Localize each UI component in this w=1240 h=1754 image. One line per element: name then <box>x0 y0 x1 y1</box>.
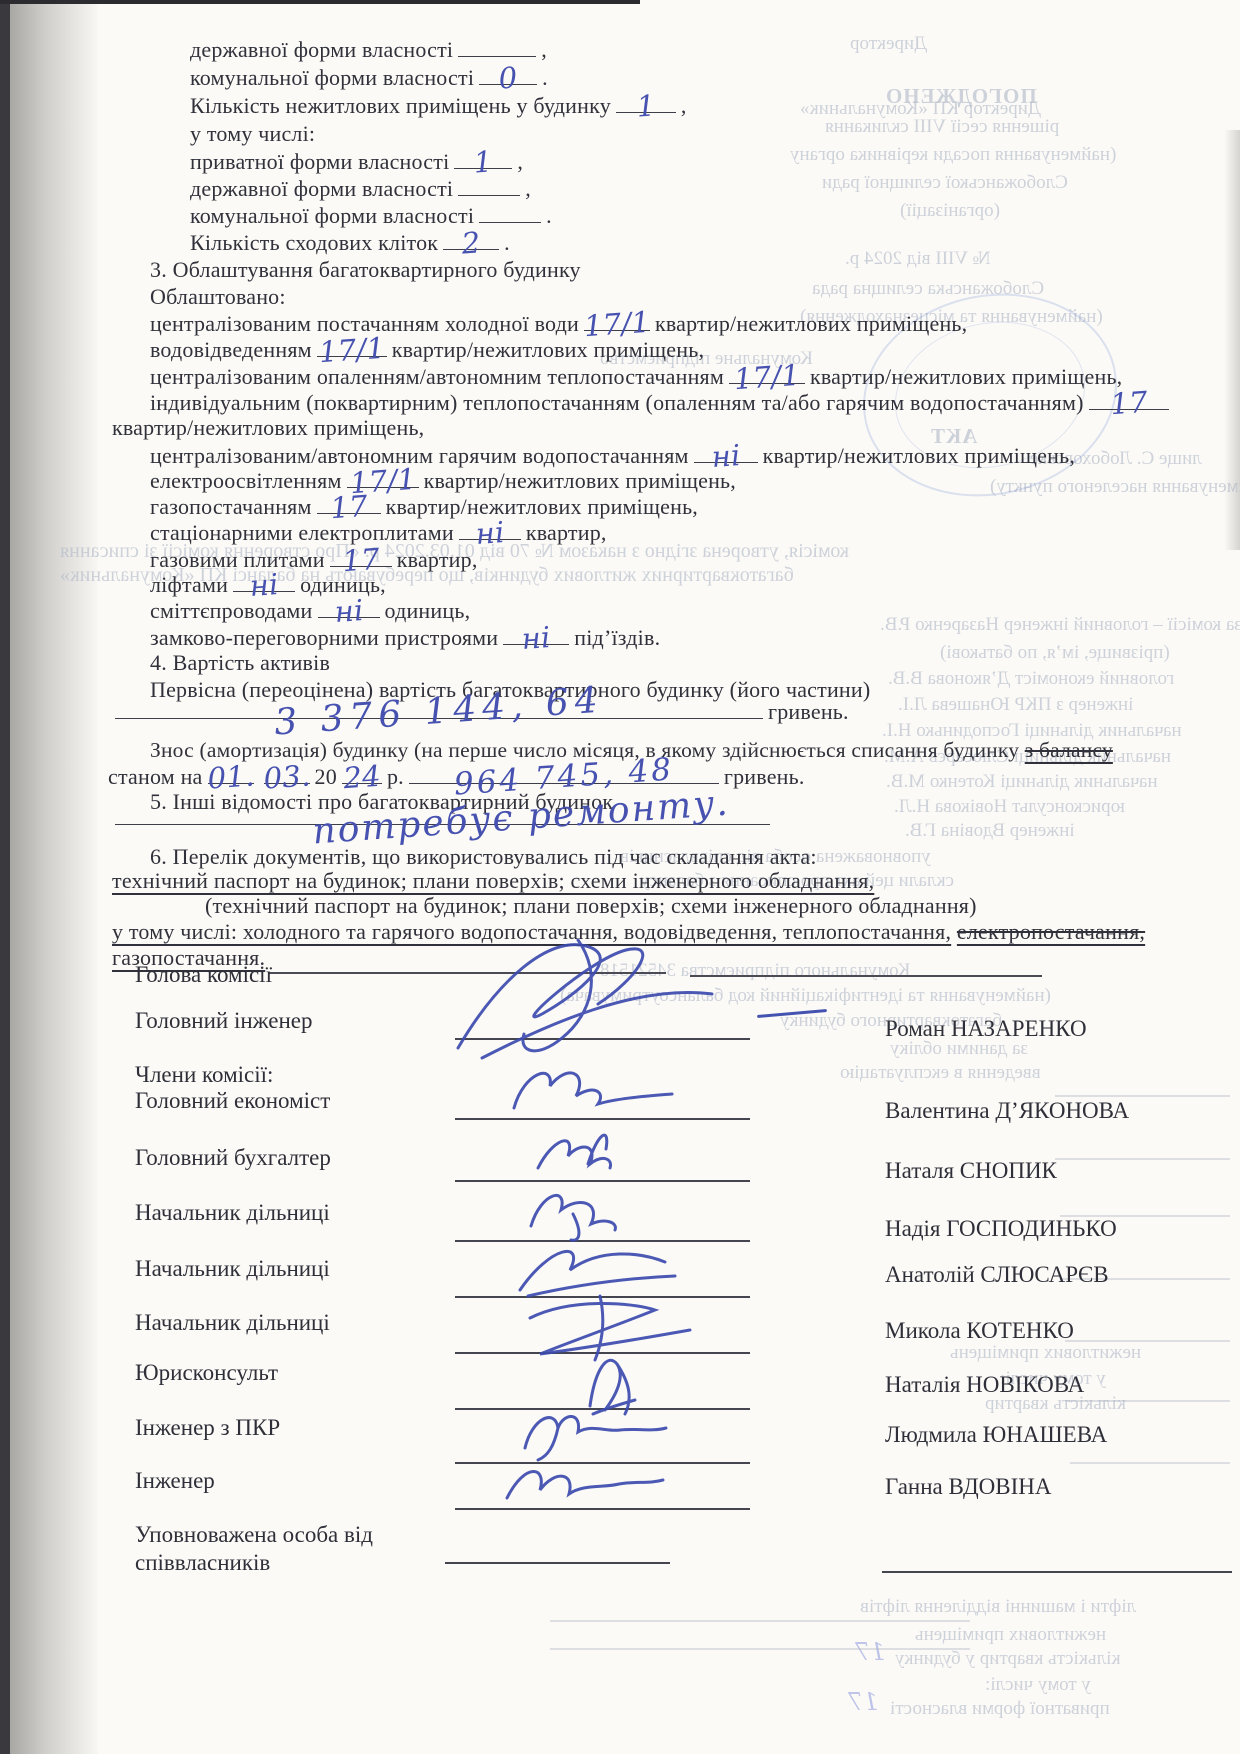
handwritten-value: ні <box>710 443 740 469</box>
form-text: ліфтами <box>150 572 228 597</box>
blank-field: 01. <box>208 765 254 784</box>
form-text: квартир/нежитлових приміщень, <box>763 443 1075 468</box>
signature <box>430 922 730 1067</box>
form-line: замково-переговорними пристрояминіпід’їз… <box>150 626 660 650</box>
form-line: водовідведенням17/1квартир/нежитлових пр… <box>150 338 704 362</box>
signature <box>520 1116 670 1182</box>
form-line: Облаштовано: <box>150 285 286 309</box>
form-text: газовими плитами <box>150 547 325 572</box>
bleedthrough-line <box>1065 1340 1230 1342</box>
other-info-line: потребує ремонту. <box>110 806 775 830</box>
handwritten-value: ні <box>333 598 363 624</box>
blank-field <box>479 204 541 223</box>
scan-edge-gradient <box>10 0 98 1754</box>
form-text: гривень. <box>724 764 805 789</box>
bleedthrough-line <box>1070 1462 1230 1464</box>
bleedthrough-text: (організації) <box>900 200 1000 222</box>
blank-field: ні <box>694 444 758 463</box>
form-line: стаціонарними електроплитаминіквартир, <box>150 521 607 545</box>
form-text: . <box>546 203 552 228</box>
signer-role: Начальник дільниці <box>135 1310 330 1336</box>
blank-field: ні <box>503 626 569 645</box>
bleedthrough-text: головний економіст Д’яконова В.В. <box>888 668 1174 690</box>
form-text: квартир/нежитлових приміщень, <box>112 415 424 440</box>
form-text: Кількість сходових кліток <box>190 230 438 255</box>
bleedthrough-text: начальник дільниці Котенко М.В. <box>886 771 1158 793</box>
form-text: . <box>504 230 510 255</box>
form-text: квартир/нежитлових приміщень, <box>386 494 698 519</box>
bleedthrough-line <box>1065 1400 1230 1402</box>
form-line: технічний паспорт на будинок; плани пове… <box>112 869 874 893</box>
bleedthrough-text: ПОГОДЖЕНО <box>885 84 1037 109</box>
handwritten-value: 1 <box>473 149 493 174</box>
blank-line <box>690 975 1042 977</box>
handwritten-value: 0 <box>498 65 518 90</box>
form-text: квартир/нежитлових приміщень, <box>810 364 1122 389</box>
form-text: централізованим опаленням/автономним теп… <box>150 364 724 389</box>
handwritten-value: 17/1 <box>733 363 800 392</box>
blank-field: ні <box>318 599 380 618</box>
form-text: електроосвітленням <box>150 468 342 493</box>
blank-field: 0 <box>479 66 537 85</box>
blank-field: потребує ремонту. <box>115 806 770 825</box>
signer-role: Юрисконсульт <box>135 1360 278 1386</box>
form-line: державної форми власності, <box>190 38 547 62</box>
signer-name: Роман НАЗАРЕНКО <box>885 1016 1087 1042</box>
form-line: газопостачанням17квартир/нежитлових прим… <box>150 495 698 519</box>
form-line: (технічний паспорт на будинок; плани пов… <box>205 894 977 918</box>
bleedthrough-text: кількість квартир у будинку <box>895 1648 1121 1670</box>
form-line: сміттєпроводаминіодиниць, <box>150 599 470 623</box>
signer-role: співвласників <box>135 1550 270 1576</box>
handwritten-value: ні <box>249 572 279 598</box>
signer-role: Інженер з ПКР <box>135 1415 280 1441</box>
form-text: , <box>525 176 531 201</box>
bleedthrough-text: введення в експлуатацію <box>840 1062 1041 1084</box>
signer-role: Інженер <box>135 1468 215 1494</box>
blank-field: 964 745, 48 <box>409 765 719 784</box>
signer-name: Ганна ВДОВІНА <box>885 1474 1052 1500</box>
bleedthrough-text: рішення сесії VIII скликання <box>825 116 1059 138</box>
bleedthrough-text: нежитлових приміщень <box>950 1342 1141 1364</box>
form-text: під’їздів. <box>574 625 660 650</box>
signer-role: Головний бухгалтер <box>135 1145 331 1171</box>
bleedthrough-line <box>1055 1158 1230 1160</box>
blank-field: 03. <box>264 765 310 784</box>
signer-role: Головний економіст <box>135 1088 330 1114</box>
blank-field: 1 <box>616 94 676 113</box>
bleedthrough-handwriting: 17 <box>848 1688 879 1716</box>
form-text: 4. Вартість активів <box>150 650 330 675</box>
cost-line: 3 376 144, 64гривень. <box>110 700 849 724</box>
signature <box>500 1056 690 1122</box>
signer-role: Голова комісії <box>135 962 272 988</box>
blank-field <box>458 177 520 196</box>
signer-name: Микола КОТЕНКО <box>885 1318 1074 1344</box>
signer-role: Головний інженер <box>135 1008 313 1034</box>
form-text: технічний паспорт на будинок; плани пове… <box>112 868 874 893</box>
signer-name: Людмила ЮНАШЕВА <box>885 1422 1107 1448</box>
handwritten-value: 17 <box>1109 390 1148 417</box>
form-line: у тому числі: <box>190 122 315 146</box>
bleedthrough-text: у тому числі: <box>985 1674 1091 1696</box>
form-text: , <box>517 149 523 174</box>
blank-field: 24 <box>342 765 382 784</box>
bleedthrough-text: (найменування посади керівника органу <box>790 144 1116 166</box>
form-text: державної форми власності <box>190 37 453 62</box>
form-text: індивідуальним (поквартирним) теплопоста… <box>150 390 1084 415</box>
form-section-heading: 3. Облаштування багатоквартирного будинк… <box>150 258 581 282</box>
blank-field: 17/1 <box>317 338 387 357</box>
form-text: водовідведенням <box>150 337 312 362</box>
members-label: Члени комісії: <box>135 1062 273 1088</box>
bleedthrough-text: приватної форми власності <box>890 1698 1110 1720</box>
bleedthrough-text: № VIII від 2024 р. <box>845 248 991 270</box>
form-text: квартир/нежитлових приміщень, <box>392 337 704 362</box>
handwritten-year: 24 <box>342 764 381 791</box>
bleedthrough-text: юрисконсульт Новікова Н.Л. <box>894 796 1125 818</box>
form-text: газопостачанням <box>150 494 312 519</box>
signature-line <box>445 1562 670 1564</box>
form-text: Кількість нежитлових приміщень у будинку <box>190 93 611 118</box>
bleedthrough-text: (прізвище, ім’я, по батькові) <box>940 642 1170 664</box>
bleedthrough-text: Директор <box>850 33 927 55</box>
signer-name: Надія ГОСПОДИНЬКО <box>885 1216 1117 1242</box>
form-line: Кількість нежитлових приміщень у будинку… <box>190 94 687 118</box>
handwritten-value: 2 <box>461 230 481 255</box>
bleedthrough-line <box>1055 1095 1230 1097</box>
form-text: стаціонарними електроплитами <box>150 520 454 545</box>
handwritten-day: 01. <box>206 763 254 790</box>
signature <box>495 1448 685 1510</box>
form-text: р. <box>387 764 404 789</box>
signer-role: Начальник дільниці <box>135 1256 330 1282</box>
blank-field: 1 <box>454 150 512 169</box>
form-text: державної форми власності <box>190 176 453 201</box>
form-text: , <box>681 93 687 118</box>
handwritten-value: 17/1 <box>318 336 385 365</box>
form-text: , <box>541 37 547 62</box>
form-line: комунальної форми власності0. <box>190 66 548 90</box>
form-text: . <box>542 65 548 90</box>
form-line: квартир/нежитлових приміщень, <box>112 416 424 440</box>
handwritten-value: 17 <box>329 494 368 521</box>
form-text: централізованим/автономним гарячим водоп… <box>150 443 689 468</box>
form-text: квартир/нежитлових приміщень, <box>424 468 736 493</box>
form-text: квартир, <box>397 547 478 572</box>
form-line: електроосвітленням17/1квартир/нежитлових… <box>150 469 736 493</box>
struck-text: з балансу <box>1025 738 1113 762</box>
form-section-heading: 4. Вартість активів <box>150 651 330 675</box>
form-text: станом на <box>108 764 203 789</box>
blank-field: 17/1 <box>584 312 650 331</box>
blank-field: 17 <box>1089 391 1169 410</box>
signer-role: Уповноважена особа від <box>135 1522 373 1548</box>
blank-field: 17 <box>330 548 392 567</box>
form-line: газовими плитами17квартир, <box>150 548 478 572</box>
form-text: Облаштовано: <box>150 284 286 309</box>
form-text: комунальної форми власності <box>190 65 474 90</box>
bleedthrough-text: голова комісії – головний інженер Назаре… <box>880 614 1240 636</box>
signer-name: Анатолій СЛЮСАРЄВ <box>885 1262 1109 1288</box>
bleedthrough-line <box>550 1648 970 1650</box>
bleedthrough-text: нежитлових приміщень <box>915 1624 1106 1646</box>
blank-field: ні <box>233 573 295 592</box>
handwritten-value: 1 <box>636 93 656 118</box>
form-line: приватної форми власності1, <box>190 150 523 174</box>
form-text: 20 <box>315 764 337 789</box>
scan-top-edge <box>0 0 640 4</box>
form-text: квартир, <box>526 520 607 545</box>
name-line <box>882 1571 1232 1573</box>
form-line: Кількість сходових кліток2. <box>190 231 510 255</box>
signer-role: Начальник дільниці <box>135 1200 330 1226</box>
blank-field: ні <box>459 521 521 540</box>
form-text: одиниць, <box>300 572 386 597</box>
form-section-heading: 6. Перелік документів, що використовувал… <box>150 845 817 869</box>
signer-name: Наталія НОВІКОВА <box>885 1372 1084 1398</box>
form-text: у тому числі: <box>190 121 315 146</box>
blank-field: 17/1 <box>347 469 419 488</box>
blank-field <box>458 38 536 57</box>
form-text: 3. Облаштування багатоквартирного будинк… <box>150 257 581 282</box>
form-text: приватної форми власності <box>190 149 449 174</box>
form-line: комунальної форми власності. <box>190 204 552 228</box>
form-line: централізованим опаленням/автономним теп… <box>150 365 1122 389</box>
form-text: одиниць, <box>385 598 471 623</box>
signer-name: Валентина Д’ЯКОНОВА <box>885 1098 1129 1124</box>
bleedthrough-line <box>550 1620 970 1622</box>
form-line: централізованим постачанням холодної вод… <box>150 312 967 336</box>
handwritten-value: 17/1 <box>583 310 650 339</box>
handwritten-month: 03. <box>262 763 310 790</box>
form-text: сміттєпроводами <box>150 598 313 623</box>
handwritten-value: ні <box>475 520 505 546</box>
blank-field: 17/1 <box>729 365 805 384</box>
form-text: замково-переговорними пристроями <box>150 625 498 650</box>
scan-edge-shadow <box>0 0 10 1754</box>
bleedthrough-handwriting: 17 <box>855 1638 886 1666</box>
form-text: комунальної форми власності <box>190 203 474 228</box>
bleedthrough-text: Слобожанської селищної ради <box>822 172 1068 194</box>
form-text: квартир/нежитлових приміщень, <box>655 311 967 336</box>
bleedthrough-text: інженер Вдовіна Г.В. <box>905 820 1075 842</box>
form-line: державної форми власності, <box>190 177 531 201</box>
bleedthrough-text: ліфти і машинні відділення ліфтів <box>860 1596 1136 1618</box>
handwritten-value: 17 <box>341 547 380 574</box>
form-text: 6. Перелік документів, що використовувал… <box>150 844 817 869</box>
handwritten-value: ні <box>521 625 551 651</box>
bleedthrough-text: інженер з ПКР Юнашева Л.І. <box>898 694 1133 716</box>
form-line: централізованим/автономним гарячим водоп… <box>150 444 1075 468</box>
form-line: індивідуальним (поквартирним) теплопоста… <box>150 391 1174 415</box>
blank-field: 3 376 144, 64 <box>115 700 763 719</box>
signer-name: Наталя СНОПИК <box>885 1158 1057 1184</box>
form-text: гривень. <box>768 699 849 724</box>
form-text: (технічний паспорт на будинок; плани пов… <box>205 893 977 918</box>
scanned-document-page: Директор Директор КП «Комунальник» ПОГОД… <box>0 0 1240 1754</box>
blank-field: 2 <box>443 231 499 250</box>
struck-text: електропостачання, <box>957 919 1145 944</box>
blank-field: 17 <box>317 495 381 514</box>
